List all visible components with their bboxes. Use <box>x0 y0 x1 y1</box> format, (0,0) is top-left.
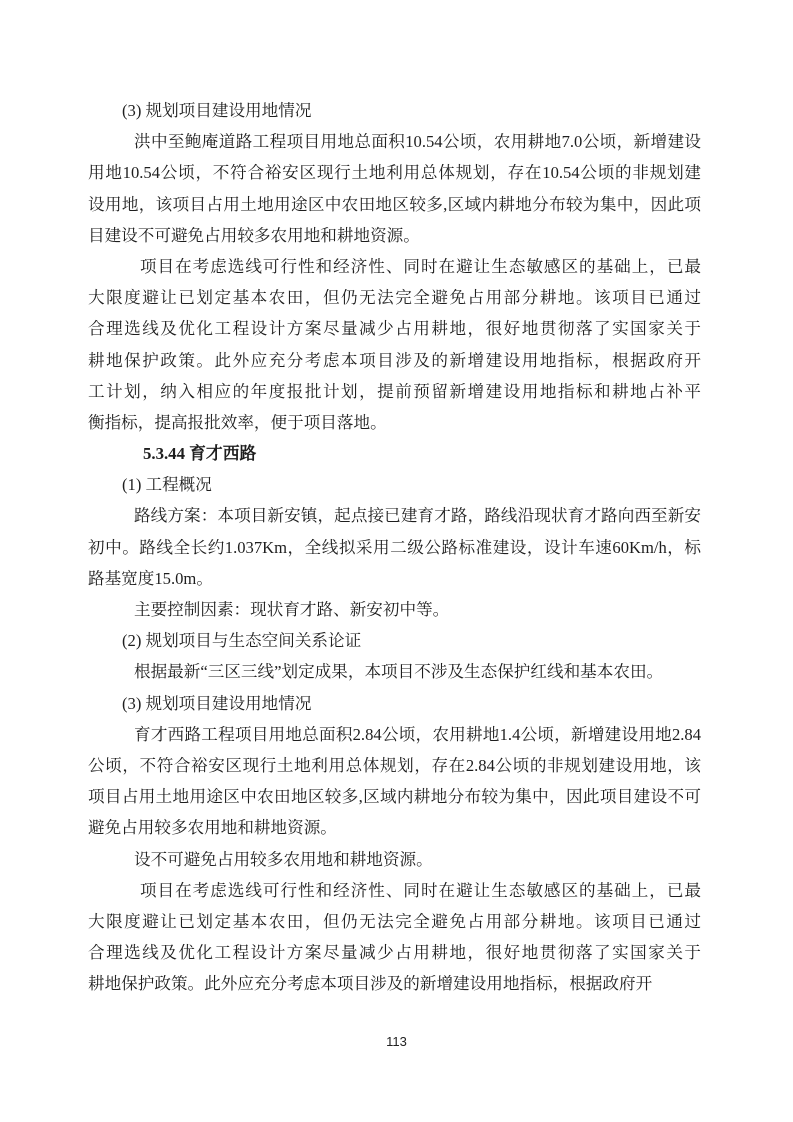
paragraph: 项目在考虑选线可行性和经济性、同时在避让生态敏感区的基础上，已最大限度避让已划定… <box>88 251 701 438</box>
paragraph: 项目在考虑选线可行性和经济性、同时在避让生态敏感区的基础上，已最大限度避让已划定… <box>88 875 701 1000</box>
text-line: 主要控制因素：现状育才路、新安初中等。 <box>88 594 701 625</box>
page-footer: 113 <box>0 1033 793 1051</box>
paragraph: 5.3.44 育才西路 <box>88 438 701 469</box>
text-line: 耕地保护政策。此外应充分考虑本项目涉及的新增建设用地指标，根据政府开 <box>88 968 701 999</box>
paragraph: 设不可避免占用较多农用地和耕地资源。 <box>88 844 701 875</box>
text-line: 路线方案：本项目新安镇，起点接已建育才路，路线沿现状育才路向西至新安 <box>88 500 701 531</box>
text-line: 大限度避让已划定基本农田，但仍无法完全避免占用部分耕地。该项目已通过 <box>88 282 701 313</box>
text-line: (3) 规划项目建设用地情况 <box>88 95 701 126</box>
text-line: 洪中至鲍庵道路工程项目用地总面积10.54公顷，农用耕地7.0公顷，新增建设 <box>88 126 701 157</box>
text-line: 用地10.54公顷，不符合裕安区现行土地利用总体规划，存在10.54公顷的非规划… <box>88 157 701 188</box>
text-line: 衡指标，提高报批效率，便于项目落地。 <box>88 407 701 438</box>
text-line: 5.3.44 育才西路 <box>88 438 701 469</box>
text-line: 公顷，不符合裕安区现行土地利用总体规划，存在2.84公顷的非规划建设用地，该 <box>88 750 701 781</box>
text-line: 避免占用较多农用地和耕地资源。 <box>88 812 701 843</box>
text-line: 设用地，该项目占用土地用途区中农田地区较多,区域内耕地分布较为集中，因此项 <box>88 189 701 220</box>
paragraph: (2) 规划项目与生态空间关系论证 <box>88 625 701 656</box>
paragraph: (3) 规划项目建设用地情况 <box>88 95 701 126</box>
text-line: 设不可避免占用较多农用地和耕地资源。 <box>88 844 701 875</box>
paragraph: 育才西路工程项目用地总面积2.84公顷，农用耕地1.4公顷，新增建设用地2.84… <box>88 719 701 844</box>
document-page: (3) 规划项目建设用地情况洪中至鲍庵道路工程项目用地总面积10.54公顷，农用… <box>0 0 793 1122</box>
text-line: (2) 规划项目与生态空间关系论证 <box>88 625 701 656</box>
text-line: 路基宽度15.0m。 <box>88 563 701 594</box>
text-line: 根据最新“三区三线”划定成果，本项目不涉及生态保护红线和基本农田。 <box>88 656 701 687</box>
text-line: (1) 工程概况 <box>88 469 701 500</box>
text-line: 初中。路线全长约1.037Km，全线拟采用二级公路标准建设，设计车速60Km/h… <box>88 532 701 563</box>
text-line: 大限度避让已划定基本农田，但仍无法完全避免占用部分耕地。该项目已通过 <box>88 906 701 937</box>
text-line: 项目占用土地用途区中农田地区较多,区域内耕地分布较为集中，因此项目建设不可 <box>88 781 701 812</box>
text-line: 耕地保护政策。此外应充分考虑本项目涉及的新增建设用地指标，根据政府开 <box>88 345 701 376</box>
text-line: 项目在考虑选线可行性和经济性、同时在避让生态敏感区的基础上，已最 <box>88 251 701 282</box>
text-line: 工计划，纳入相应的年度报批计划，提前预留新增建设用地指标和耕地占补平 <box>88 376 701 407</box>
paragraph: (3) 规划项目建设用地情况 <box>88 688 701 719</box>
text-line: 项目在考虑选线可行性和经济性、同时在避让生态敏感区的基础上，已最 <box>88 875 701 906</box>
paragraph: (1) 工程概况 <box>88 469 701 500</box>
page-body-text: (3) 规划项目建设用地情况洪中至鲍庵道路工程项目用地总面积10.54公顷，农用… <box>88 95 701 999</box>
page-number: 113 <box>386 1034 407 1049</box>
paragraph: 根据最新“三区三线”划定成果，本项目不涉及生态保护红线和基本农田。 <box>88 656 701 687</box>
text-line: 合理选线及优化工程设计方案尽量减少占用耕地，很好地贯彻落了实国家关于 <box>88 937 701 968</box>
text-line: 育才西路工程项目用地总面积2.84公顷，农用耕地1.4公顷，新增建设用地2.84 <box>88 719 701 750</box>
text-line: (3) 规划项目建设用地情况 <box>88 688 701 719</box>
text-line: 目建设不可避免占用较多农用地和耕地资源。 <box>88 220 701 251</box>
paragraph: 路线方案：本项目新安镇，起点接已建育才路，路线沿现状育才路向西至新安初中。路线全… <box>88 500 701 594</box>
paragraph: 洪中至鲍庵道路工程项目用地总面积10.54公顷，农用耕地7.0公顷，新增建设用地… <box>88 126 701 251</box>
paragraph: 主要控制因素：现状育才路、新安初中等。 <box>88 594 701 625</box>
text-line: 合理选线及优化工程设计方案尽量减少占用耕地，很好地贯彻落了实国家关于 <box>88 313 701 344</box>
